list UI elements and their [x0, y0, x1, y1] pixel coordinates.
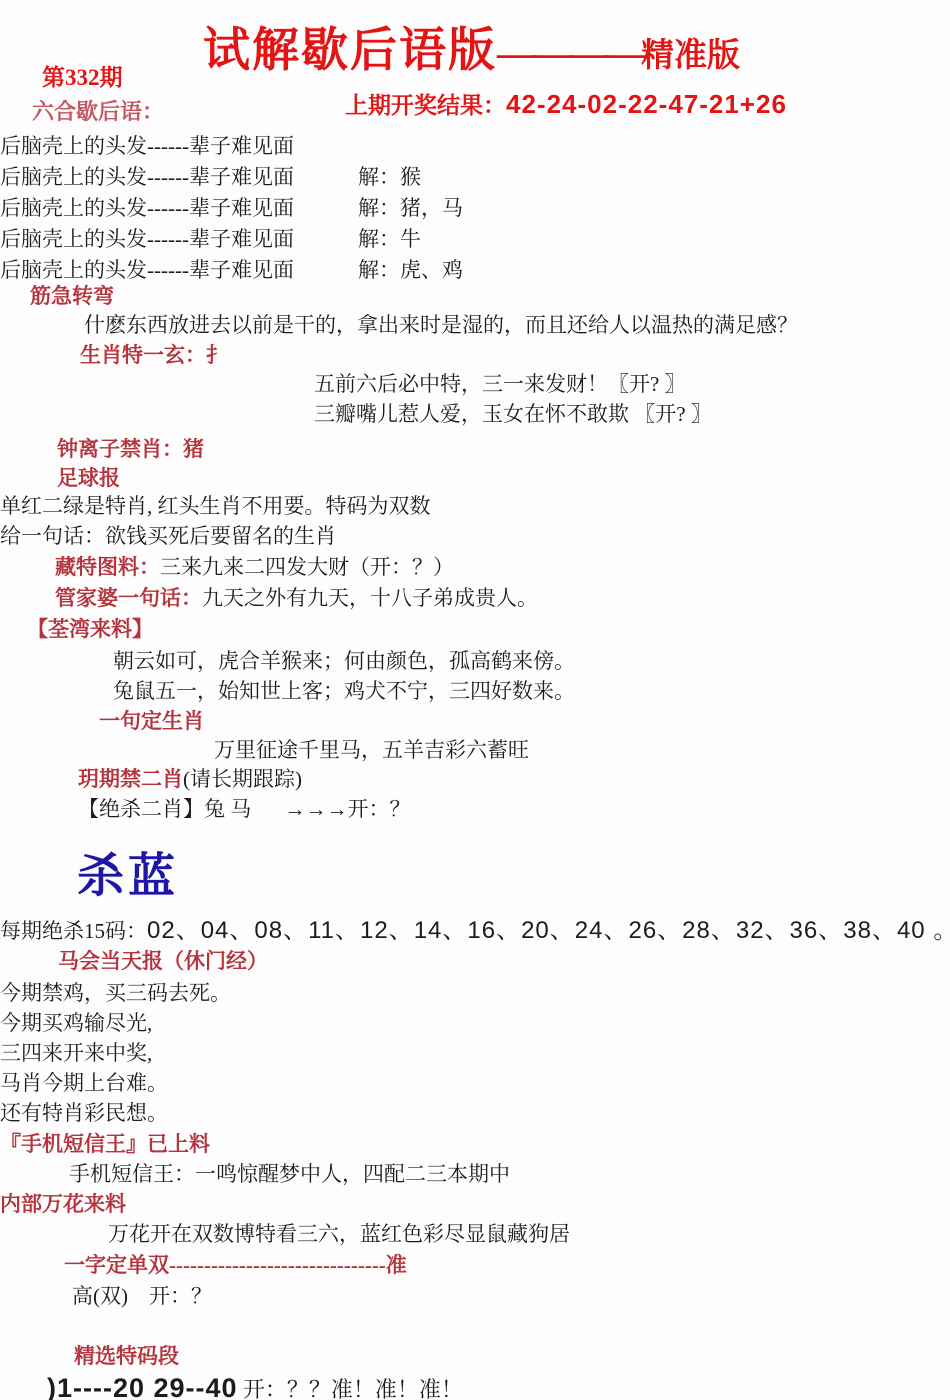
quanwan-line1: 朝云如可，虎合羊猴来；何由颜色，孤高鹤来傍。 — [113, 648, 575, 674]
football-line1: 单红二绿是特肖, 红头生肖不用要。特码为双数 — [0, 493, 431, 519]
riddle-text: 后脑壳上的头发------辈子难见面 — [0, 258, 294, 282]
single-double-heading: 一字定单双-------------------------------准 — [64, 1252, 407, 1278]
mahui-line: 今期买鸡输尽光, — [0, 1010, 152, 1036]
zodiac-special-heading: 生肖特一玄：扌 — [80, 342, 227, 368]
riddle-row: 后脑壳上的头发------辈子难见面解：猴 — [0, 164, 720, 190]
cangte-line: 藏特图料：三来九来二四发大财（开：？） — [55, 554, 454, 580]
ban-two-heading: 玥期禁二肖 — [78, 767, 183, 791]
riddle-row: 后脑壳上的头发------辈子难见面解：虎、鸡 — [0, 257, 720, 283]
ban-two-heading-line: 玥期禁二肖(请长期跟踪) — [78, 766, 302, 792]
page-title-suffix: 精准版 — [641, 38, 740, 74]
ban-two-kill-line: 【绝杀二肖】兔 马 →→→开：？ — [78, 796, 411, 822]
last-draw-numbers: 42-24-02-22-47-21+26 — [506, 89, 787, 119]
quanwan-heading: 【荃湾来料】 — [27, 616, 153, 642]
special-segment-line: )1----20 29--40 开：？？准！准！准！ — [47, 1372, 463, 1400]
zodiac-special-line1: 五前六后必中特，三一来发财！〖开? 〗 — [314, 371, 686, 397]
one-sentence-text: 万里征途千里马，五羊吉彩六蓄旺 — [214, 737, 529, 763]
page-title-main: 试解歇后语版 — [203, 25, 497, 77]
riddle-answer: 解：虎、鸡 — [358, 257, 463, 283]
issue-number: 第332期 — [42, 64, 123, 93]
mahui-line: 三四来开来中奖, — [0, 1040, 152, 1066]
special-segment-numbers: )1----20 29--40 — [47, 1373, 238, 1400]
brain-teaser-question: 什麽东西放进去以前是干的，拿出来时是湿的，而且还给人以温热的满足感？ — [84, 312, 798, 338]
kill-blue-label: 每期绝杀15码： — [0, 919, 147, 943]
zhongli-ban-line: 钟离子禁肖：猪 — [57, 436, 204, 462]
football-heading: 足球报 — [57, 465, 120, 491]
cangte-label: 藏特图料： — [55, 555, 160, 579]
riddle-answer: 解：牛 — [358, 226, 421, 252]
ban-two-note: (请长期跟踪) — [183, 767, 302, 791]
football-line2: 给一句话：欲钱买死后要留名的生肖 — [0, 523, 336, 549]
page-title: 试解歇后语版————精准版 — [203, 22, 740, 81]
guanjiapo-text: 九天之外有九天，十八子弟成贵人。 — [202, 586, 538, 610]
mahui-line: 今期禁鸡，买三码去死。 — [0, 980, 231, 1006]
mahui-line: 还有特肖彩民想。 — [0, 1100, 168, 1126]
riddle-text: 后脑壳上的头发------辈子难见面 — [0, 165, 294, 189]
one-sentence-heading: 一句定生肖 — [99, 708, 204, 734]
riddle-row: 后脑壳上的头发------辈子难见面 — [0, 133, 720, 159]
last-draw-result: 上期开奖结果：42-24-02-22-47-21+26 — [345, 88, 787, 121]
mahui-line: 马肖今期上台难。 — [0, 1070, 168, 1096]
guanjiapo-label: 管家婆一句话： — [55, 586, 202, 610]
sms-king-heading: 『手机短信王』已上料 — [0, 1131, 210, 1157]
riddle-row: 后脑壳上的头发------辈子难见面解：猪，马 — [0, 195, 720, 221]
kill-blue-heading: 杀蓝 — [77, 848, 179, 907]
special-segment-text: 开：？？准！准！准！ — [243, 1377, 463, 1400]
riddle-text: 后脑壳上的头发------辈子难见面 — [0, 227, 294, 251]
wanhua-text: 万花开在双数博特看三六，蓝红色彩尽显鼠藏狗居 — [108, 1221, 570, 1247]
last-draw-label: 上期开奖结果： — [345, 93, 506, 118]
zodiac-special-line2: 三瓣嘴儿惹人爱，玉女在怀不敢欺 〖开? 〗 — [314, 401, 712, 427]
wanhua-heading: 内部万花来料 — [0, 1191, 126, 1217]
riddle-row: 后脑壳上的头发------辈子难见面解：牛 — [0, 226, 720, 252]
kill-blue-line: 每期绝杀15码：02、04、08、11、12、14、16、20、24、26、28… — [0, 916, 950, 946]
page-title-dashes: ———— — [497, 30, 641, 75]
sms-king-text: 手机短信王：一鸣惊醒梦中人，四配二三本期中 — [69, 1161, 510, 1187]
special-segment-heading: 精选特码段 — [74, 1343, 179, 1369]
riddle-text: 后脑壳上的头发------辈子难见面 — [0, 134, 294, 158]
riddle-text: 后脑壳上的头发------辈子难见面 — [0, 196, 294, 220]
cangte-text: 三来九来二四发大财（开：？） — [160, 555, 454, 579]
ban-two-arrows: →→→开：？ — [285, 797, 411, 821]
guanjiapo-line: 管家婆一句话：九天之外有九天，十八子弟成贵人。 — [55, 585, 538, 611]
ban-two-kill-text: 【绝杀二肖】兔 马 — [78, 797, 251, 821]
mahui-heading: 马会当天报（休门经） — [58, 948, 268, 974]
riddle-answer: 解：猴 — [358, 164, 421, 190]
single-double-text: 高(双) 开：？ — [72, 1283, 212, 1309]
riddle-answer: 解：猪，马 — [358, 195, 463, 221]
brain-teaser-heading: 筋急转弯 — [30, 283, 114, 309]
tip-sheet-page: 试解歇后语版————精准版 第332期 上期开奖结果：42-24-02-22-4… — [0, 0, 950, 1400]
quanwan-line2: 兔鼠五一，始知世上客；鸡犬不宁，三四好数来。 — [113, 678, 575, 704]
kill-blue-numbers: 02、04、08、11、12、14、16、20、24、26、28、32、36、3… — [147, 917, 950, 944]
category-label: 六合歇后语： — [32, 98, 164, 126]
